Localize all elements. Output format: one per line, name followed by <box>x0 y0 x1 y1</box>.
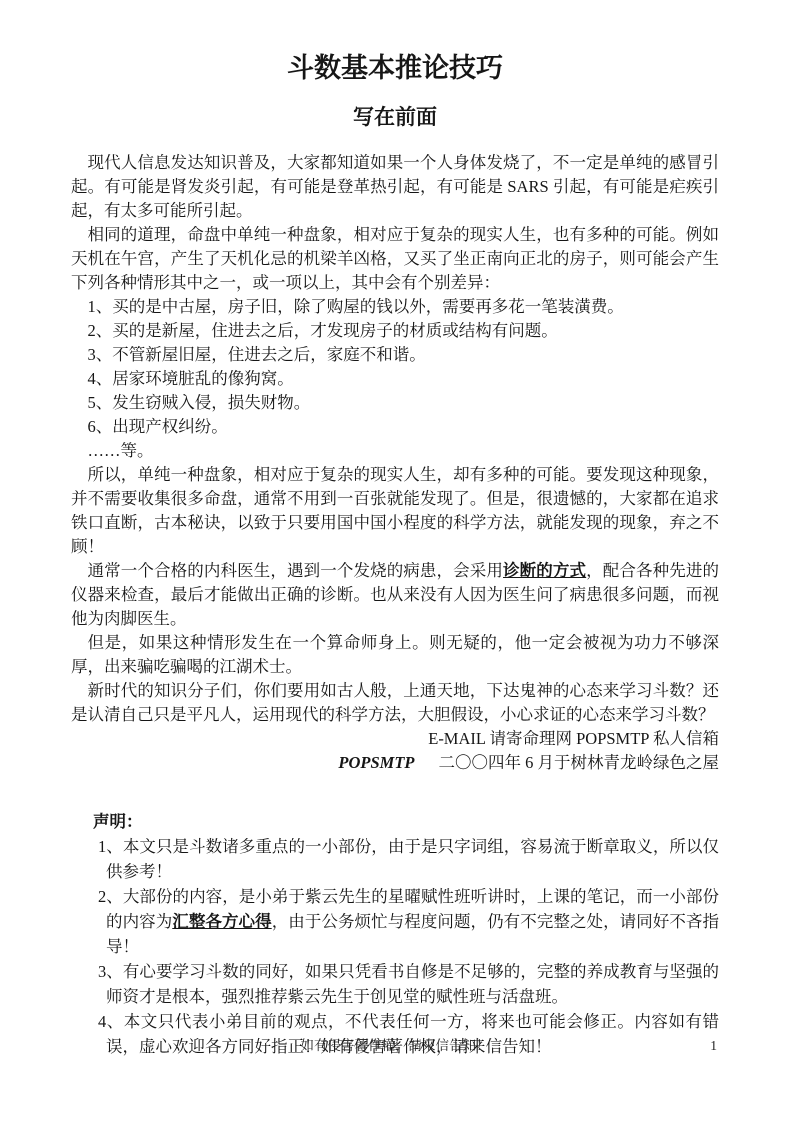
page-title: 斗数基本推论技巧 <box>71 48 719 88</box>
paragraph-doctor-pre: 通常一个合格的内科医生，遇到一个发烧的病患，会采用 <box>88 561 504 580</box>
emphasis-consolidated-notes: 汇整各方心得 <box>172 912 271 931</box>
statement-item-3: 3、有心要学习斗数的同好，如果只凭看书自修是不足够的，完整的养成教育与坚强的师资… <box>93 959 719 1009</box>
statement-section: 声明： 1、本文只是斗数诸多重点的一小部份，由于是只字词组，容易流于断章取义，所… <box>93 809 719 1059</box>
page-footer: 如有侵害著作權，請來信告知！ 1 <box>71 1036 719 1056</box>
emphasis-diagnosis: 诊断的方式 <box>503 561 586 580</box>
page-number: 1 <box>710 1036 717 1056</box>
list-item: 1、买的是中古屋，房子旧，除了购屋的钱以外，需要再多花一笔装潢费。 <box>71 295 719 319</box>
list-item-etc: ……等。 <box>71 439 719 463</box>
preface-body: 现代人信息发达知识普及，大家都知道如果一个人身体发烧了，不一定是单纯的感冒引起。… <box>71 151 719 775</box>
paragraph-analogy: 相同的道理，命盘中单纯一种盘象，相对应于复杂的现实人生，也有多种的可能。例如天机… <box>71 223 719 295</box>
footer-notice: 如有侵害著作權，請來信告知！ <box>301 1038 490 1053</box>
list-item: 3、不管新屋旧屋，住进去之后，家庭不和谐。 <box>71 343 719 367</box>
paragraph-new-era: 新时代的知识分子们，你们要用如古人般，上通天地，下达鬼神的心态来学习斗数？还是认… <box>71 679 719 727</box>
paragraph-intro: 现代人信息发达知识普及，大家都知道如果一个人身体发烧了，不一定是单纯的感冒引起。… <box>71 151 719 223</box>
paragraph-doctor: 通常一个合格的内科医生，遇到一个发烧的病患，会采用诊断的方式，配合各种先进的仪器… <box>71 559 719 631</box>
signature-line: POPSMTP二〇〇四年 6 月于树林青龙岭绿色之屋 <box>71 751 719 775</box>
contact-email-line: E-MAIL 请寄命理网 POPSMTP 私人信箱 <box>71 727 719 751</box>
paragraph-fortune-teller: 但是，如果这种情形发生在一个算命师身上。则无疑的，他一定会被视为功力不够深厚，出… <box>71 631 719 679</box>
possibility-list: 1、买的是中古屋，房子旧，除了购屋的钱以外，需要再多花一笔装潢费。 2、买的是新… <box>71 295 719 463</box>
page-content: 斗数基本推论技巧 写在前面 现代人信息发达知识普及，大家都知道如果一个人身体发烧… <box>0 0 793 1122</box>
signature-date: 二〇〇四年 6 月于树林青龙岭绿色之屋 <box>439 753 720 772</box>
list-item: 6、出现产权纠纷。 <box>71 415 719 439</box>
paragraph-conclusion: 所以，单纯一种盘象，相对应于复杂的现实人生，却有多种的可能。要发现这种现象，并不… <box>71 463 719 559</box>
document-page: { "doc": { "title": "斗数基本推论技巧", "subtitl… <box>0 0 793 1122</box>
signature-name: POPSMTP <box>338 753 414 772</box>
statement-heading: 声明： <box>93 809 719 834</box>
statement-item-2: 2、大部份的内容，是小弟于紫云先生的星曜赋性班听讲时，上课的笔记，而一小部份的内… <box>93 884 719 959</box>
statement-item-1: 1、本文只是斗数诸多重点的一小部份，由于是只字词组，容易流于断章取义，所以仅供参… <box>93 834 719 884</box>
list-item: 4、居家环境脏乱的像狗窝。 <box>71 367 719 391</box>
list-item: 2、买的是新屋，住进去之后，才发现房子的材质或结构有问题。 <box>71 319 719 343</box>
list-item: 5、发生窃贼入侵，损失财物。 <box>71 391 719 415</box>
page-subtitle: 写在前面 <box>71 102 719 132</box>
